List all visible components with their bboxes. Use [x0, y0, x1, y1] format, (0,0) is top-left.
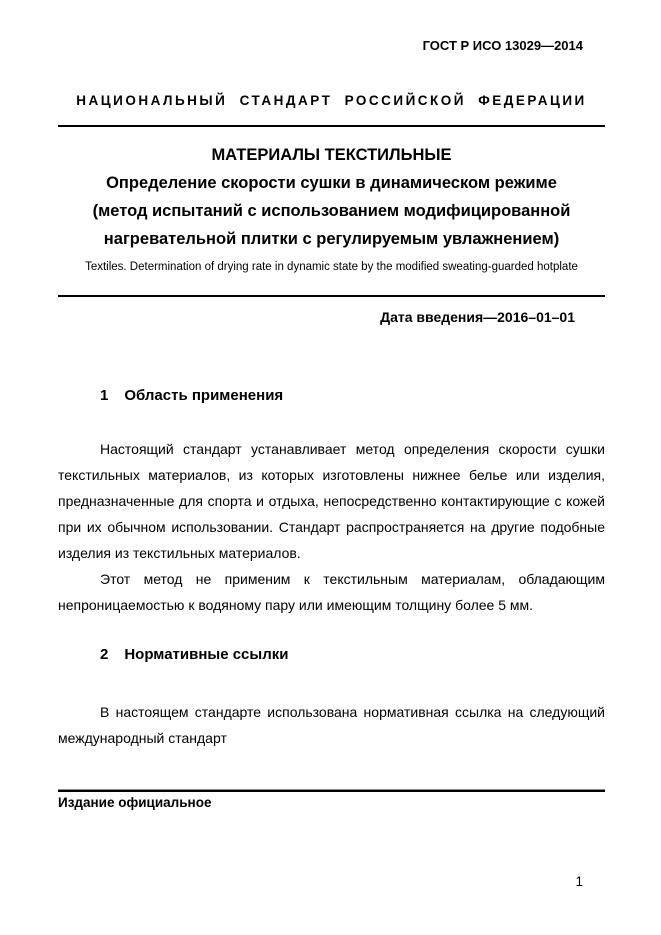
horizontal-rule-mid [58, 295, 605, 297]
title-line-4: нагревательной плитки с регулируемым увл… [58, 225, 605, 253]
effective-date: Дата введения—2016–01–01 [58, 309, 575, 325]
section-1-number: 1 [100, 387, 108, 404]
footer: Издание официальное [58, 789, 605, 810]
section-2-paragraph-1: В настоящем стандарте использована норма… [58, 699, 605, 751]
footer-rule [58, 789, 605, 792]
doc-code: ГОСТ Р ИСО 13029—2014 [58, 38, 583, 53]
section-1-heading: 1Область применения [58, 387, 605, 404]
section-1-paragraph-1: Настоящий стандарт устанавливает метод о… [58, 436, 605, 566]
title-line-1: МАТЕРИАЛЫ ТЕКСТИЛЬНЫЕ [58, 141, 605, 169]
title-line-3: (метод испытаний с использованием модифи… [58, 197, 605, 225]
section-2-heading: 2Нормативные ссылки [58, 646, 605, 663]
horizontal-rule-top [58, 125, 605, 127]
national-standard-heading: НАЦИОНАЛЬНЫЙ СТАНДАРТ РОССИЙСКОЙ ФЕДЕРАЦ… [58, 93, 605, 108]
section-2-title: Нормативные ссылки [124, 646, 288, 663]
title-block: МАТЕРИАЛЫ ТЕКСТИЛЬНЫЕ Определение скорос… [58, 141, 605, 253]
section-1-title: Область применения [124, 387, 283, 404]
document-page: ГОСТ Р ИСО 13029—2014 НАЦИОНАЛЬНЫЙ СТАНД… [0, 0, 661, 935]
title-line-2: Определение скорости сушки в динамическо… [58, 169, 605, 197]
page-number: 1 [575, 874, 583, 889]
section-1-paragraph-2: Этот метод не применим к текстильным мат… [58, 566, 605, 618]
subtitle-english: Textiles. Determination of drying rate i… [58, 261, 605, 273]
edition-note: Издание официальное [58, 795, 605, 810]
section-2-number: 2 [100, 646, 108, 663]
